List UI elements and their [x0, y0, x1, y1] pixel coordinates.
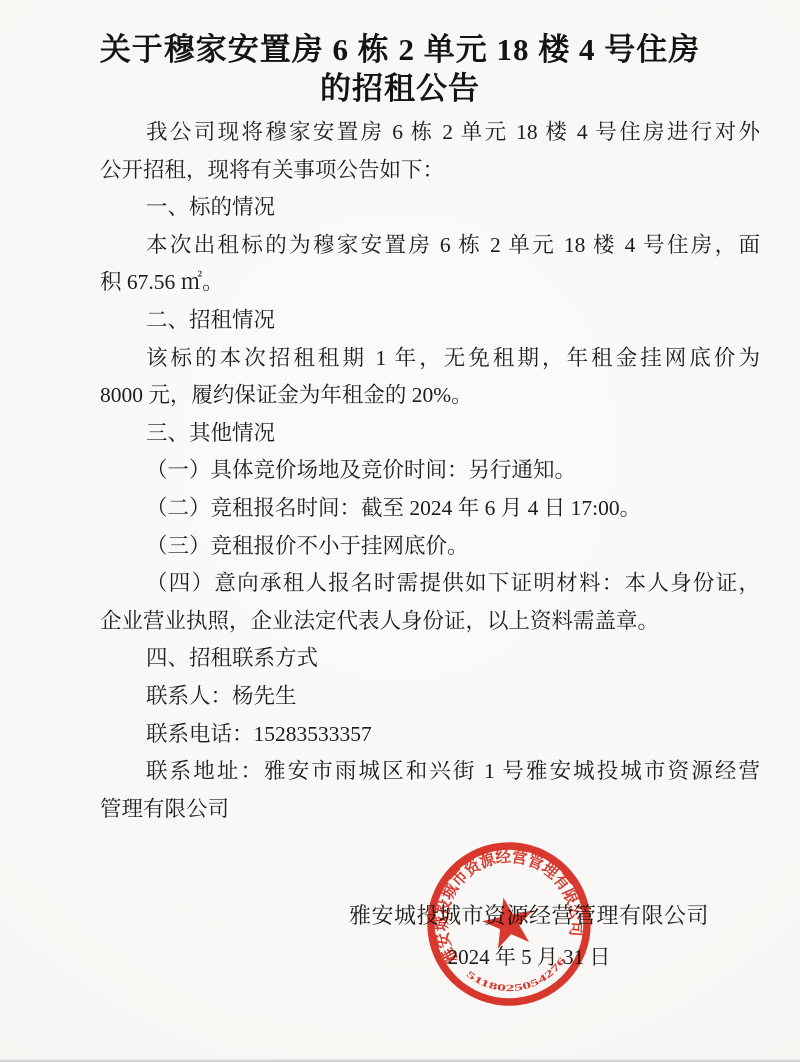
- body-line: （一）具体竞价场地及竞价时间：另行通知。: [100, 452, 760, 490]
- section-heading: 一、标的情况: [100, 189, 760, 227]
- section-heading: 二、招租情况: [100, 302, 760, 340]
- body-line: 积 67.56 ㎡。: [100, 264, 760, 302]
- contact-person-line: 联系人：杨先生: [100, 678, 760, 716]
- body-line: （二）竞租报名时间：截至 2024 年 6 月 4 日 17:00。: [100, 490, 760, 528]
- body-line: 该标的本次招租租期 1 年，无免租期，年租金挂网底价为: [100, 340, 760, 378]
- title-line-1: 关于穆家安置房 6 栋 2 单元 18 楼 4 号住房: [0, 30, 800, 69]
- contact-phone-line: 联系电话：15283533357: [100, 716, 760, 754]
- seal-star-icon: [478, 892, 538, 950]
- body-line: （三）竞租报价不小于挂网底价。: [100, 528, 760, 566]
- body-line: 8000 元，履约保证金为年租金的 20%。: [100, 377, 760, 415]
- body-line: 本次出租标的为穆家安置房 6 栋 2 单元 18 楼 4 号住房，面: [100, 227, 760, 265]
- section-heading: 四、招租联系方式: [100, 640, 760, 678]
- announcement-title: 关于穆家安置房 6 栋 2 单元 18 楼 4 号住房 的招租公告: [0, 30, 800, 108]
- announcement-body: 我公司现将穆家安置房 6 栋 2 单元 18 楼 4 号住房进行对外 公开招租，…: [100, 114, 760, 828]
- body-line: 公开招租，现将有关事项公告如下：: [100, 152, 760, 190]
- body-line: 企业营业执照，企业法定代表人身份证，以上资料需盖章。: [100, 603, 760, 641]
- contact-address-line: 联系地址：雅安市雨城区和兴街 1 号雅安城投城市资源经营: [100, 753, 760, 791]
- section-heading: 三、其他情况: [100, 415, 760, 453]
- contact-address-line: 管理有限公司: [100, 791, 760, 829]
- scanned-announcement-page: 关于穆家安置房 6 栋 2 单元 18 楼 4 号住房 的招租公告 我公司现将穆…: [0, 0, 800, 1062]
- body-line: （四）意向承租人报名时需提供如下证明材料：本人身份证，: [100, 565, 760, 603]
- title-line-2: 的招租公告: [0, 69, 800, 108]
- body-line: 我公司现将穆家安置房 6 栋 2 单元 18 楼 4 号住房进行对外: [100, 114, 760, 152]
- official-seal: 雅安城投城市资源经营管理有限公司 5118025054276: [389, 804, 629, 1044]
